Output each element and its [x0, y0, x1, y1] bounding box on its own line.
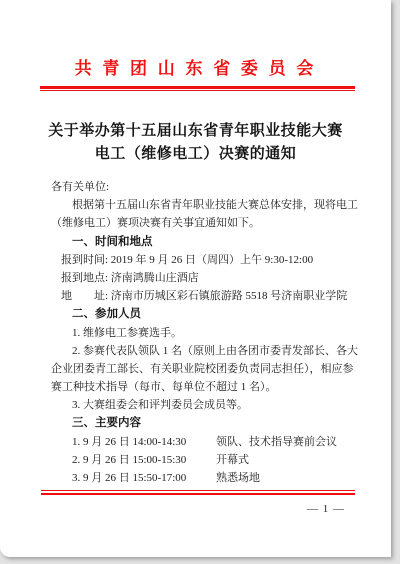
document-title: 关于举办第十五届山东省青年职业技能大赛 电工（维修电工）决赛的通知 — [0, 119, 391, 165]
venue-address: 地 址: 济南市历城区彩石镇旅游路 5518 号济南职业学院 — [51, 287, 356, 305]
schedule-row: 1. 9 月 26 日 14:00-14:30领队、技术指导赛前会议 — [51, 433, 356, 451]
paragraph-line: 根据第十五届山东省青年职业技能大赛总体安排，现将电工 — [51, 196, 356, 214]
issuing-org-masthead: 共 青 团 山 东 省 委 员 会 — [0, 58, 391, 80]
salutation: 各有关单位: — [51, 178, 356, 196]
rule-thin-line — [40, 90, 355, 91]
document-title-line2: 电工（维修电工）决赛的通知 — [0, 142, 391, 165]
list-item: 1. 维修电工参赛选手。 — [51, 324, 356, 342]
schedule-event: 熟悉场地 — [216, 472, 260, 484]
rule-thick-line — [41, 493, 355, 496]
list-item-wrap: 赛工种技术指导（每市、每单位不超过 1 名）。 — [51, 378, 356, 396]
schedule-event: 领队、技术指导赛前会议 — [216, 436, 337, 448]
list-item: 2. 参赛代表队领队 1 名（原则上由各团市委青发部长、各大 — [51, 342, 356, 360]
checkin-time: 报到时间: 2019 年 9 月 26 日（周四）上午 9:30-12:00 — [51, 251, 356, 269]
schedule-time: 1. 9 月 26 日 14:00-14:30 — [72, 433, 216, 451]
schedule-time: 2. 9 月 26 日 15:00-15:30 — [72, 451, 216, 469]
section-heading-1: 一、时间和地点 — [51, 233, 356, 251]
document-page: 共 青 团 山 东 省 委 员 会 关于举办第十五届山东省青年职业技能大赛 电工… — [0, 0, 391, 557]
checkin-place: 报到地点: 济南鸿腾山庄酒店 — [51, 269, 356, 287]
section-heading-2: 二、参加人员 — [51, 305, 356, 323]
section-heading-3: 三、主要内容 — [51, 414, 356, 432]
schedule-event: 开幕式 — [216, 454, 249, 466]
schedule-row: 3. 9 月 26 日 15:50-17:00熟悉场地 — [51, 469, 356, 487]
paragraph-line: （维修电工）赛项决赛有关事宜通知如下。 — [51, 214, 356, 232]
schedule-row: 2. 9 月 26 日 15:00-15:30开幕式 — [51, 451, 356, 469]
footer-double-rule — [41, 490, 355, 495]
list-item: 3. 大赛组委会和评判委员会成员等。 — [51, 396, 356, 414]
page-number: — 1 — — [307, 502, 345, 516]
schedule-time: 3. 9 月 26 日 15:50-17:00 — [72, 469, 216, 487]
document-body: 各有关单位: 根据第十五届山东省青年职业技能大赛总体安排，现将电工 （维修电工）… — [51, 178, 356, 487]
masthead-double-rule — [40, 86, 355, 91]
document-title-line1: 关于举办第十五届山东省青年职业技能大赛 — [0, 119, 391, 142]
list-item-wrap: 企业团委青工部长、有关职业院校团委负责同志担任），相应参 — [51, 360, 356, 378]
